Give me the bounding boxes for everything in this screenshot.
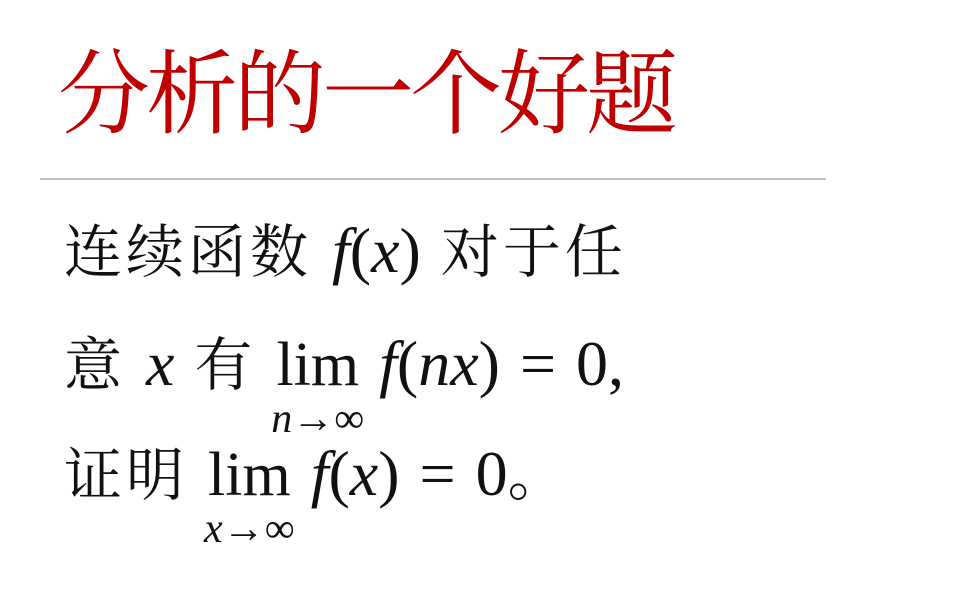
open-paren: ( [397, 327, 418, 401]
function-symbol: f [379, 327, 397, 401]
zero-value: 0 [476, 437, 508, 511]
line1-suffix-text: 对于任 [441, 205, 627, 289]
function-symbol: f [332, 214, 350, 288]
variable-x: x [450, 327, 478, 401]
lim-operator: lim [208, 443, 291, 507]
equals-sign: = [420, 437, 456, 511]
equals-sign: = [520, 327, 556, 401]
title-divider [40, 178, 826, 180]
arrow-infinity: →∞ [223, 506, 295, 552]
line1-prefix-text: 连续函数 [64, 205, 312, 289]
period: 。 [508, 428, 570, 512]
limit-variable: x [204, 506, 223, 552]
line3-prefix-text: 证明 [64, 428, 188, 512]
open-paren: ( [328, 437, 349, 511]
close-paren: ) [378, 437, 399, 511]
lim-operator: lim [276, 333, 359, 397]
variable-x: x [371, 214, 399, 288]
page-title: 分析的一个好题 [58, 40, 674, 150]
variable-n: n [418, 327, 450, 401]
close-paren: ) [400, 214, 421, 288]
open-paren: ( [350, 214, 371, 288]
comma: , [608, 327, 624, 401]
problem-line-1: 连续函数 f ( x ) 对于任 [64, 205, 627, 289]
function-symbol: f [311, 437, 329, 511]
close-paren: ) [479, 327, 500, 401]
limit-n-to-infinity: lim n→∞ [276, 333, 359, 397]
problem-line-3: 证明 lim x→∞ f ( x ) = 0 。 [64, 428, 570, 512]
zero-value: 0 [576, 327, 608, 401]
line2-mid-text: 有 [194, 318, 256, 402]
line2-prefix-text: 意 [64, 318, 126, 402]
variable-x: x [146, 327, 174, 401]
limit-x-to-infinity: lim x→∞ [208, 443, 291, 507]
limit-subscript: x→∞ [204, 507, 295, 551]
variable-x: x [350, 437, 378, 511]
problem-line-2: 意 x 有 lim n→∞ f ( nx ) = 0 , [64, 318, 624, 402]
